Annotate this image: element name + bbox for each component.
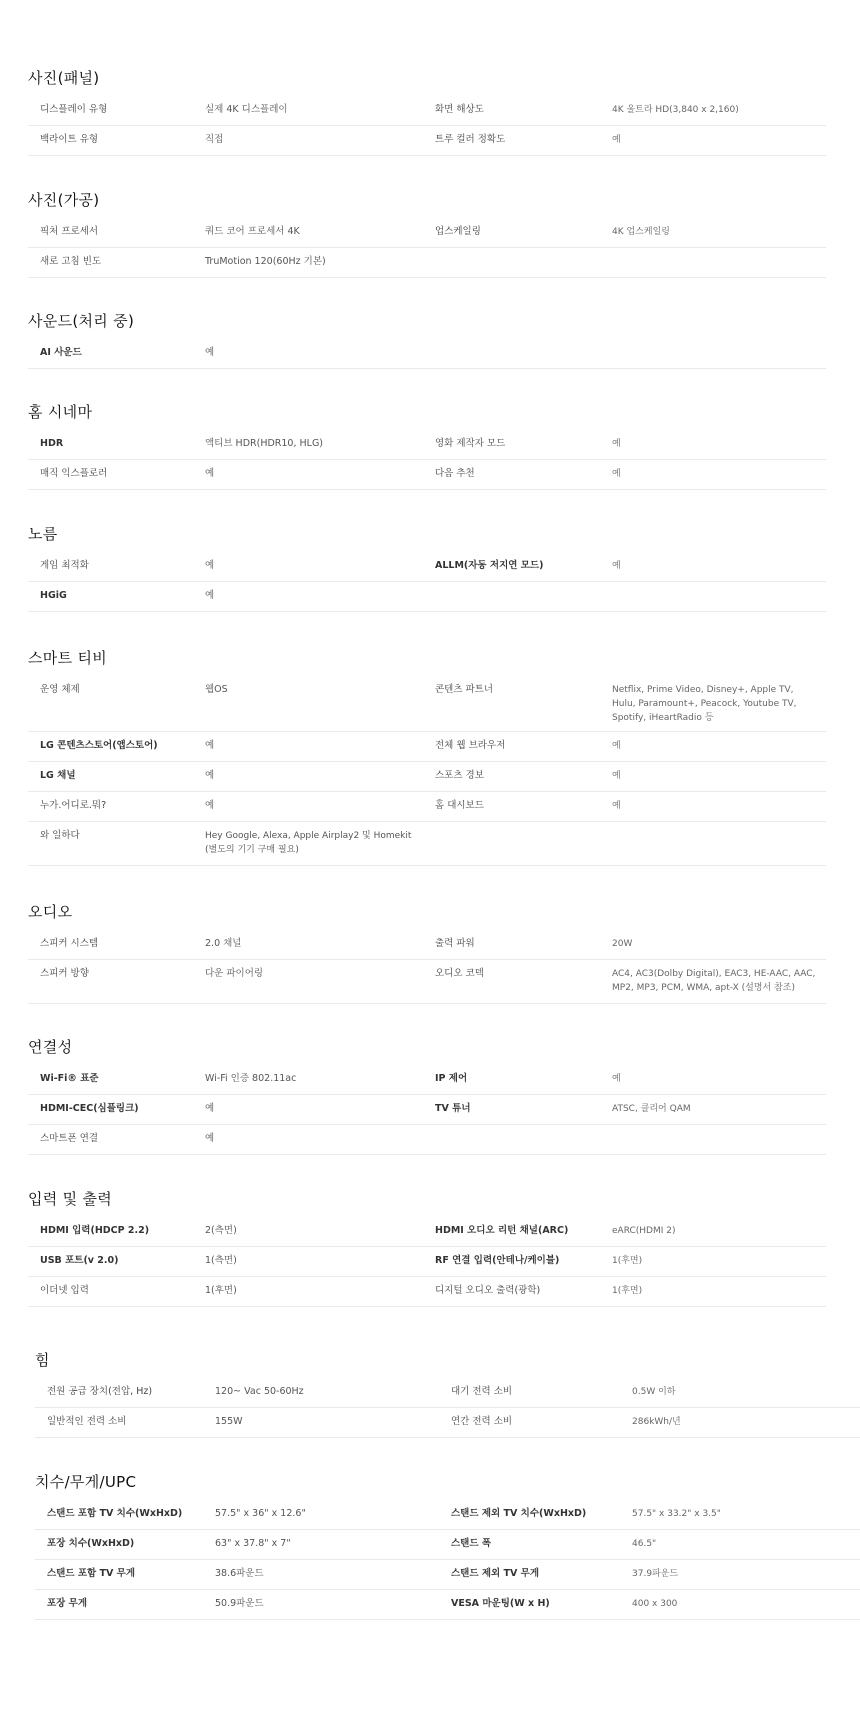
- spec-value: 예: [205, 799, 435, 813]
- spec-row: 이더넷 입력 1(후면) 디지털 오디오 출력(광학) 1(후면): [28, 1277, 826, 1307]
- spec-value: 예: [205, 1132, 435, 1146]
- spec-value: ATSC, 클리어 QAM: [612, 1102, 826, 1116]
- spec-value: 예: [612, 467, 826, 481]
- spec-label: 전체 웹 브라우저: [435, 739, 612, 753]
- spec-value: Hey Google, Alexa, Apple Airplay2 및 Home…: [205, 829, 435, 857]
- spec-value: 다운 파이어링: [205, 967, 435, 981]
- section-picture-panel: 사진(패널) 디스플레이 유형 실제 4K 디스플레이 화면 해상도 4K 울트…: [28, 64, 826, 156]
- spec-value: 예: [612, 1072, 826, 1086]
- spec-row: 포장 치수(WxHxD) 63" x 37.8" x 7" 스탠드 폭 46.5…: [35, 1530, 860, 1560]
- spec-label: 스탠드 포함 TV 무게: [35, 1567, 215, 1581]
- spec-value: 예: [205, 589, 435, 603]
- spec-label: 화면 해상도: [435, 103, 612, 117]
- spec-label: 디스플레이 유형: [28, 103, 205, 117]
- spec-value: 0.5W 이하: [632, 1385, 860, 1399]
- section-title: 입력 및 출력: [28, 1185, 826, 1213]
- section-smart-tv: 스마트 티비 운영 체제 웹OS 콘텐츠 파트너 Netflix, Prime …: [28, 644, 826, 866]
- section-connectivity: 연결성 Wi-Fi® 표준 Wi-Fi 인증 802.11ac IP 제어 예 …: [28, 1033, 826, 1155]
- spec-row: 포장 무게 50.9파운드 VESA 마운팅(W x H) 400 x 300: [35, 1590, 860, 1620]
- spec-value: 직접: [205, 133, 435, 147]
- spec-row: AI 사운드 예: [28, 339, 826, 369]
- spec-label: 트루 컬러 정확도: [435, 133, 612, 147]
- section-home-cinema: 홈 시네마 HDR 액티브 HDR(HDR10, HLG) 영화 제작자 모드 …: [28, 398, 826, 490]
- spec-row: 디스플레이 유형 실제 4K 디스플레이 화면 해상도 4K 울트라 HD(3,…: [28, 96, 826, 126]
- spec-value: 예: [205, 769, 435, 783]
- section-title: 힘: [35, 1346, 860, 1374]
- section-sound-processing: 사운드(처리 중) AI 사운드 예: [28, 307, 826, 369]
- spec-value: 4K 업스케일링: [612, 225, 826, 239]
- section-title: 노름: [28, 520, 826, 548]
- spec-value: 57.5" x 33.2" x 3.5": [632, 1507, 860, 1521]
- spec-value: AC4, AC3(Dolby Digital), EAC3, HE-AAC, A…: [612, 967, 826, 995]
- spec-value: 액티브 HDR(HDR10, HLG): [205, 437, 435, 451]
- spec-label: 이더넷 입력: [28, 1284, 205, 1298]
- spec-label: 새로 고침 빈도: [28, 255, 205, 269]
- section-dimensions-weight: 치수/무게/UPC 스탠드 포함 TV 치수(WxHxD) 57.5" x 36…: [35, 1468, 860, 1620]
- spec-row: 전원 공급 장치(전압, Hz) 120~ Vac 50-60Hz 대기 전력 …: [35, 1378, 860, 1408]
- spec-label: 포장 치수(WxHxD): [35, 1537, 215, 1551]
- section-title: 스마트 티비: [28, 644, 826, 672]
- spec-label: RF 연결 입력(안테나/케이블): [435, 1254, 612, 1268]
- spec-value: 예: [612, 133, 826, 147]
- spec-value: 155W: [215, 1415, 451, 1429]
- section-audio: 오디오 스피커 시스템 2.0 채널 출력 파워 20W 스피커 방향 다운 파…: [28, 898, 826, 1004]
- spec-value: Wi-Fi 인증 802.11ac: [205, 1072, 435, 1086]
- spec-value: 1(후면): [205, 1284, 435, 1298]
- spec-value: 63" x 37.8" x 7": [215, 1537, 451, 1551]
- spec-label: HDR: [28, 437, 205, 451]
- spec-label: 운영 체제: [28, 683, 205, 697]
- spec-value: 예: [205, 559, 435, 573]
- spec-label: HDMI-CEC(심플링크): [28, 1102, 205, 1116]
- spec-label: 스탠드 제외 TV 치수(WxHxD): [451, 1507, 632, 1521]
- spec-label: TV 튜너: [435, 1102, 612, 1116]
- spec-value: 예: [612, 799, 826, 813]
- spec-value: 286kWh/년: [632, 1415, 860, 1429]
- spec-value: 46.5": [632, 1537, 860, 1551]
- section-gaming: 노름 게임 최적화 예 ALLM(자동 저지연 모드) 예 HGiG 예: [28, 520, 826, 612]
- spec-label: 와 일하다: [28, 829, 205, 843]
- spec-row: USB 포트(v 2.0) 1(측면) RF 연결 입력(안테나/케이블) 1(…: [28, 1247, 826, 1277]
- spec-value: 1(후면): [612, 1284, 826, 1298]
- spec-row: 픽처 프로세서 쿼드 코어 프로세서 4K 업스케일링 4K 업스케일링: [28, 218, 826, 248]
- spec-row: Wi-Fi® 표준 Wi-Fi 인증 802.11ac IP 제어 예: [28, 1065, 826, 1095]
- spec-label: 출력 파워: [435, 937, 612, 951]
- spec-value: eARC(HDMI 2): [612, 1224, 826, 1238]
- spec-label: 게임 최적화: [28, 559, 205, 573]
- spec-row: 운영 체제 웹OS 콘텐츠 파트너 Netflix, Prime Video, …: [28, 676, 826, 732]
- spec-label: 대기 전력 소비: [451, 1385, 632, 1399]
- spec-label: LG 채널: [28, 769, 205, 783]
- spec-label: 일반적인 전력 소비: [35, 1415, 215, 1429]
- spec-row: 일반적인 전력 소비 155W 연간 전력 소비 286kWh/년: [35, 1408, 860, 1438]
- spec-label: IP 제어: [435, 1072, 612, 1086]
- spec-label: Wi-Fi® 표준: [28, 1072, 205, 1086]
- spec-value: 예: [205, 1102, 435, 1116]
- section-title: 홈 시네마: [28, 398, 826, 426]
- spec-label: USB 포트(v 2.0): [28, 1254, 205, 1268]
- spec-label: 백라이트 유형: [28, 133, 205, 147]
- spec-label: 스탠드 폭: [451, 1537, 632, 1551]
- spec-label: 콘텐츠 파트너: [435, 683, 612, 697]
- spec-label: HGiG: [28, 589, 205, 603]
- spec-row: HGiG 예: [28, 582, 826, 612]
- spec-label: HDMI 입력(HDCP 2.2): [28, 1224, 205, 1238]
- section-title: 치수/무게/UPC: [35, 1468, 860, 1496]
- spec-label: 업스케일링: [435, 225, 612, 239]
- spec-value: 1(후면): [612, 1254, 826, 1268]
- section-title: 연결성: [28, 1033, 826, 1061]
- spec-row: 스피커 시스템 2.0 채널 출력 파워 20W: [28, 930, 826, 960]
- spec-row: 스피커 방향 다운 파이어링 오디오 코덱 AC4, AC3(Dolby Dig…: [28, 960, 826, 1004]
- spec-row: 스탠드 포함 TV 치수(WxHxD) 57.5" x 36" x 12.6" …: [35, 1500, 860, 1530]
- spec-label: 스포츠 경보: [435, 769, 612, 783]
- spec-value: 20W: [612, 937, 826, 951]
- spec-label: 디지털 오디오 출력(광학): [435, 1284, 612, 1298]
- spec-value: 예: [205, 346, 435, 360]
- section-title: 사진(가공): [28, 186, 826, 214]
- spec-row: LG 콘텐츠스토어(앱스토어) 예 전체 웹 브라우저 예: [28, 732, 826, 762]
- spec-value: 400 x 300: [632, 1597, 860, 1611]
- section-title: 사진(패널): [28, 64, 826, 92]
- spec-row: 와 일하다 Hey Google, Alexa, Apple Airplay2 …: [28, 822, 826, 866]
- spec-value: 120~ Vac 50-60Hz: [215, 1385, 451, 1399]
- spec-label: 픽처 프로세서: [28, 225, 205, 239]
- spec-label: AI 사운드: [28, 346, 205, 360]
- section-inputs-outputs: 입력 및 출력 HDMI 입력(HDCP 2.2) 2(측면) HDMI 오디오…: [28, 1185, 826, 1307]
- spec-label: 매직 익스플로러: [28, 467, 205, 481]
- spec-label: ALLM(자동 저지연 모드): [435, 559, 612, 573]
- spec-label: 다음 추천: [435, 467, 612, 481]
- spec-value: 예: [612, 769, 826, 783]
- spec-value: 웹OS: [205, 683, 435, 697]
- spec-row: LG 채널 예 스포츠 경보 예: [28, 762, 826, 792]
- spec-label: LG 콘텐츠스토어(앱스토어): [28, 739, 205, 753]
- spec-value: 예: [612, 559, 826, 573]
- spec-value: 쿼드 코어 프로세서 4K: [205, 225, 435, 239]
- spec-label: HDMI 오디오 리턴 채널(ARC): [435, 1224, 612, 1238]
- section-picture-processing: 사진(가공) 픽처 프로세서 쿼드 코어 프로세서 4K 업스케일링 4K 업스…: [28, 186, 826, 278]
- spec-row: HDMI 입력(HDCP 2.2) 2(측면) HDMI 오디오 리턴 채널(A…: [28, 1217, 826, 1247]
- spec-value: Netflix, Prime Video, Disney+, Apple TV,…: [612, 683, 826, 725]
- spec-label: 포장 무게: [35, 1597, 215, 1611]
- spec-value: 예: [612, 437, 826, 451]
- spec-label: 오디오 코덱: [435, 967, 612, 981]
- spec-value: 50.9파운드: [215, 1597, 451, 1611]
- spec-value: 실제 4K 디스플레이: [205, 103, 435, 117]
- spec-row: 스마트폰 연결 예: [28, 1125, 826, 1155]
- spec-label: 연간 전력 소비: [451, 1415, 632, 1429]
- spec-value: 2.0 채널: [205, 937, 435, 951]
- section-title: 오디오: [28, 898, 826, 926]
- spec-value: 38.6파운드: [215, 1567, 451, 1581]
- spec-label: 영화 제작자 모드: [435, 437, 612, 451]
- section-power: 힘 전원 공급 장치(전압, Hz) 120~ Vac 50-60Hz 대기 전…: [35, 1346, 860, 1438]
- spec-label: 스피커 시스템: [28, 937, 205, 951]
- spec-label: 전원 공급 장치(전압, Hz): [35, 1385, 215, 1399]
- spec-row: HDMI-CEC(심플링크) 예 TV 튜너 ATSC, 클리어 QAM: [28, 1095, 826, 1125]
- spec-row: 새로 고침 빈도 TruMotion 120(60Hz 기본): [28, 248, 826, 278]
- spec-label: 스탠드 포함 TV 치수(WxHxD): [35, 1507, 215, 1521]
- spec-row: 게임 최적화 예 ALLM(자동 저지연 모드) 예: [28, 552, 826, 582]
- spec-value: 57.5" x 36" x 12.6": [215, 1507, 451, 1521]
- spec-row: 백라이트 유형 직접 트루 컬러 정확도 예: [28, 126, 826, 156]
- spec-label: 스피커 방향: [28, 967, 205, 981]
- spec-row: HDR 액티브 HDR(HDR10, HLG) 영화 제작자 모드 예: [28, 430, 826, 460]
- spec-value: 2(측면): [205, 1224, 435, 1238]
- spec-label: VESA 마운팅(W x H): [451, 1597, 632, 1611]
- spec-value: 4K 울트라 HD(3,840 x 2,160): [612, 103, 826, 117]
- spec-row: 스탠드 포함 TV 무게 38.6파운드 스탠드 제외 TV 무게 37.9파운…: [35, 1560, 860, 1590]
- spec-label: 누가.어디로.뭐?: [28, 799, 205, 813]
- spec-row: 누가.어디로.뭐? 예 홈 대시보드 예: [28, 792, 826, 822]
- spec-label: 스탠드 제외 TV 무게: [451, 1567, 632, 1581]
- spec-value: 예: [205, 467, 435, 481]
- spec-value: 1(측면): [205, 1254, 435, 1268]
- section-title: 사운드(처리 중): [28, 307, 826, 335]
- spec-value: TruMotion 120(60Hz 기본): [205, 255, 435, 269]
- spec-row: 매직 익스플로러 예 다음 추천 예: [28, 460, 826, 490]
- spec-value: 예: [205, 739, 435, 753]
- spec-value: 예: [612, 739, 826, 753]
- spec-label: 홈 대시보드: [435, 799, 612, 813]
- spec-value: 37.9파운드: [632, 1567, 860, 1581]
- spec-label: 스마트폰 연결: [28, 1132, 205, 1146]
